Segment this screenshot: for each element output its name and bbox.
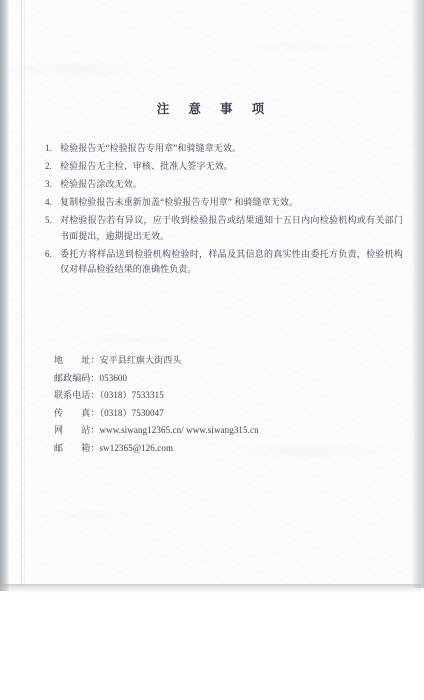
binding-crease-line-secondary bbox=[24, 0, 25, 586]
notice-item: 3.检验报告涂改无效。 bbox=[45, 177, 403, 193]
contact-label: 传 真： bbox=[54, 408, 100, 418]
screenshot-canvas: { "document": { "title": "注 意 事 项", "not… bbox=[0, 0, 424, 700]
contact-row: 网 站：www.siwang12365.cn/ www.siwang315.cn bbox=[54, 422, 259, 440]
scanned-document-page: 注 意 事 项 1.检验报告无“检验报告专用章”和骑缝章无效。2.检验报告无主检… bbox=[9, 0, 412, 586]
notice-text: 检验报告无主检、审核、批准人签字无效。 bbox=[60, 159, 403, 175]
notice-number: 2. bbox=[45, 159, 60, 175]
contact-value: 安平县红旗大街西头 bbox=[100, 355, 182, 365]
contact-row: 传 真：（0318）7530047 bbox=[54, 405, 259, 423]
notice-text: 委托方将样品送到检验机构检验时，样品及其信息的真实性由委托方负责，检验机构仅对样… bbox=[60, 247, 403, 278]
contact-value: www.siwang12365.cn/ www.siwang315.cn bbox=[100, 425, 259, 435]
binding-crease-line bbox=[21, 0, 22, 586]
notice-list: 1.检验报告无“检验报告专用章”和骑缝章无效。2.检验报告无主检、审核、批准人签… bbox=[45, 141, 403, 280]
notice-item: 4.复制检验报告未重新加盖“检验报告专用章” 和骑缝章无效。 bbox=[45, 195, 403, 211]
notice-number: 6. bbox=[45, 247, 60, 278]
contact-value: （0318）7533315 bbox=[100, 390, 164, 400]
contact-label: 邮 箱： bbox=[54, 443, 100, 453]
page-left-edge-shadow bbox=[0, 0, 9, 591]
contact-value: sw12365@126.com bbox=[100, 443, 174, 453]
page-title: 注 意 事 项 bbox=[9, 99, 412, 117]
contact-info-block: 地 址：安平县红旗大街西头邮政编码：053600联系电话：（0318）75333… bbox=[54, 352, 259, 458]
notice-item: 2.检验报告无主检、审核、批准人签字无效。 bbox=[45, 159, 403, 175]
notice-item: 5.对检验报告若有异议，应于收到检验报告或结果通知十五日内向检验机构或有关部门书… bbox=[45, 213, 403, 244]
page-right-edge-shadow bbox=[411, 0, 424, 588]
contact-row: 地 址：安平县红旗大街西头 bbox=[54, 352, 259, 370]
notice-item: 6.委托方将样品送到检验机构检验时，样品及其信息的真实性由委托方负责，检验机构仅… bbox=[45, 247, 403, 278]
contact-row: 联系电话：（0318）7533315 bbox=[54, 387, 259, 405]
notice-number: 1. bbox=[45, 141, 60, 157]
contact-value: （0318）7530047 bbox=[100, 408, 164, 418]
notice-number: 5. bbox=[45, 213, 60, 244]
contact-label: 联系电话： bbox=[54, 390, 100, 400]
contact-row: 邮政编码：053600 bbox=[54, 370, 259, 388]
notice-number: 3. bbox=[45, 177, 60, 193]
page-bottom-edge-shadow bbox=[0, 584, 421, 593]
contact-label: 网 站： bbox=[54, 425, 100, 435]
notice-text: 检验报告无“检验报告专用章”和骑缝章无效。 bbox=[60, 141, 403, 157]
notice-text: 对检验报告若有异议，应于收到检验报告或结果通知十五日内向检验机构或有关部门书面提… bbox=[60, 213, 403, 244]
notice-text: 检验报告涂改无效。 bbox=[60, 177, 403, 193]
contact-value: 053600 bbox=[100, 373, 128, 383]
notice-text: 复制检验报告未重新加盖“检验报告专用章” 和骑缝章无效。 bbox=[60, 195, 403, 211]
notice-number: 4. bbox=[45, 195, 60, 211]
notice-item: 1.检验报告无“检验报告专用章”和骑缝章无效。 bbox=[45, 141, 403, 157]
contact-label: 邮政编码： bbox=[54, 373, 100, 383]
contact-row: 邮 箱：sw12365@126.com bbox=[54, 440, 259, 458]
contact-label: 地 址： bbox=[54, 355, 100, 365]
